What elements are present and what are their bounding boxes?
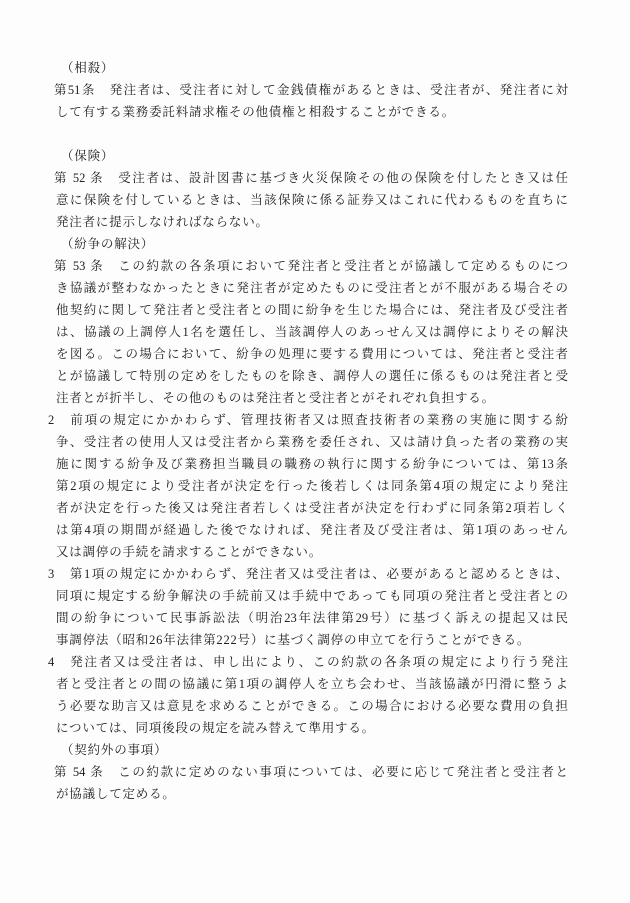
numbered-paragraph-line: 3 第1項の規定にかかわらず、発注者又は受注者は、必要があると認めるときは、 — [48, 563, 568, 585]
article-first-line: 第 52 条 受注者は、設計図書に基づき火災保険その他の保険を付したとき又は任 — [54, 167, 568, 189]
continuation-line: 事調停法（昭和26年法律第222号）に基づく調停の申立てを行うことができる。 — [56, 629, 568, 651]
continuation-line: して有する業務委託料請求権その他債権と相殺することができる。 — [56, 101, 568, 123]
section-heading-line: （契約外の事項） — [61, 739, 568, 761]
continuation-line: 意に保険を付しているときは、当該保険に係る証券又はこれに代わるものを直ちに — [56, 189, 568, 211]
continuation-line: 施に関する紛争及び業務担当職員の職務の執行に関する紛争については、第13条 — [56, 453, 568, 475]
continuation-line: き協議が整わなかったときに発注者が定めたものに受注者とが不服がある場合その — [56, 277, 568, 299]
continuation-line: 者と受注者との間の協議に第1項の調停人を立ち会わせ、当該協議が円滑に整うよ — [56, 673, 568, 695]
continuation-line: 間の紛争について民事訴訟法（明治23年法律第29号）に基づく訴えの提起又は民 — [56, 607, 568, 629]
article-first-line: 第51条 発注者は、受注者に対して金銭債権があるときは、受注者が、発注者に対 — [54, 79, 568, 101]
article-first-line: 第 54 条 この約款に定めのない事項については、必要に応じて発注者と受注者と — [54, 761, 568, 783]
section-heading-line: （保険） — [61, 145, 568, 167]
continuation-line: 同項に規定する紛争解決の手続前又は手続中であっても同項の発注者と受注者との — [56, 585, 568, 607]
blank-line — [48, 123, 568, 145]
document-page: （相殺）第51条 発注者は、受注者に対して金銭債権があるときは、受注者が、発注者… — [0, 0, 630, 903]
numbered-paragraph-line: 4 発注者又は受注者は、申し出により、この約款の各条項の規定により行う発注 — [48, 651, 568, 673]
continuation-line: が協議して定める。 — [56, 783, 568, 805]
continuation-line: 争、受注者の使用人又は受注者から業務を委任され、又は請け負った者の業務の実 — [56, 431, 568, 453]
continuation-line: については、同項後段の規定を読み替えて準用する。 — [56, 717, 568, 739]
continuation-line: 注者とが折半し、その他のものは発注者と受注者とがそれぞれ負担する。 — [56, 387, 568, 409]
continuation-line: を図る。この場合において、紛争の処理に要する費用については、発注者と受注者 — [56, 343, 568, 365]
section-heading-line: （紛争の解決） — [61, 233, 568, 255]
continuation-line: う必要な助言又は意見を求めることができる。この場合における必要な費用の負担 — [56, 695, 568, 717]
continuation-line: は、協議の上調停人1名を選任し、当該調停人のあっせん又は調停によりその解決 — [56, 321, 568, 343]
numbered-paragraph-line: 2 前項の規定にかかわらず、管理技術者又は照査技術者の業務の実施に関する紛 — [48, 409, 568, 431]
continuation-line: 又は調停の手続を請求することができない。 — [56, 541, 568, 563]
continuation-line: 者が決定を行った後又は発注者若しくは受注者が決定を行わずに同条第2項若しく — [56, 497, 568, 519]
continuation-line: とが協議して特別の定めをしたものを除き、調停人の選任に係るものは発注者と受 — [56, 365, 568, 387]
continuation-line: 他契約に関して発注者と受注者との間に紛争を生じた場合には、発注者及び受注者 — [56, 299, 568, 321]
article-first-line: 第 53 条 この約款の各条項において発注者と受注者とが協議して定めるものにつ — [54, 255, 568, 277]
continuation-line: は第4項の期間が経過した後でなければ、発注者及び受注者は、第1項のあっせん — [56, 519, 568, 541]
section-heading-line: （相殺） — [61, 57, 568, 79]
document-body: （相殺）第51条 発注者は、受注者に対して金銭債権があるときは、受注者が、発注者… — [48, 57, 568, 805]
continuation-line: 発注者に提示しなければならない。 — [56, 211, 568, 233]
continuation-line: 第2項の規定により受注者が決定を行った後若しくは同条第4項の規定により発注 — [56, 475, 568, 497]
